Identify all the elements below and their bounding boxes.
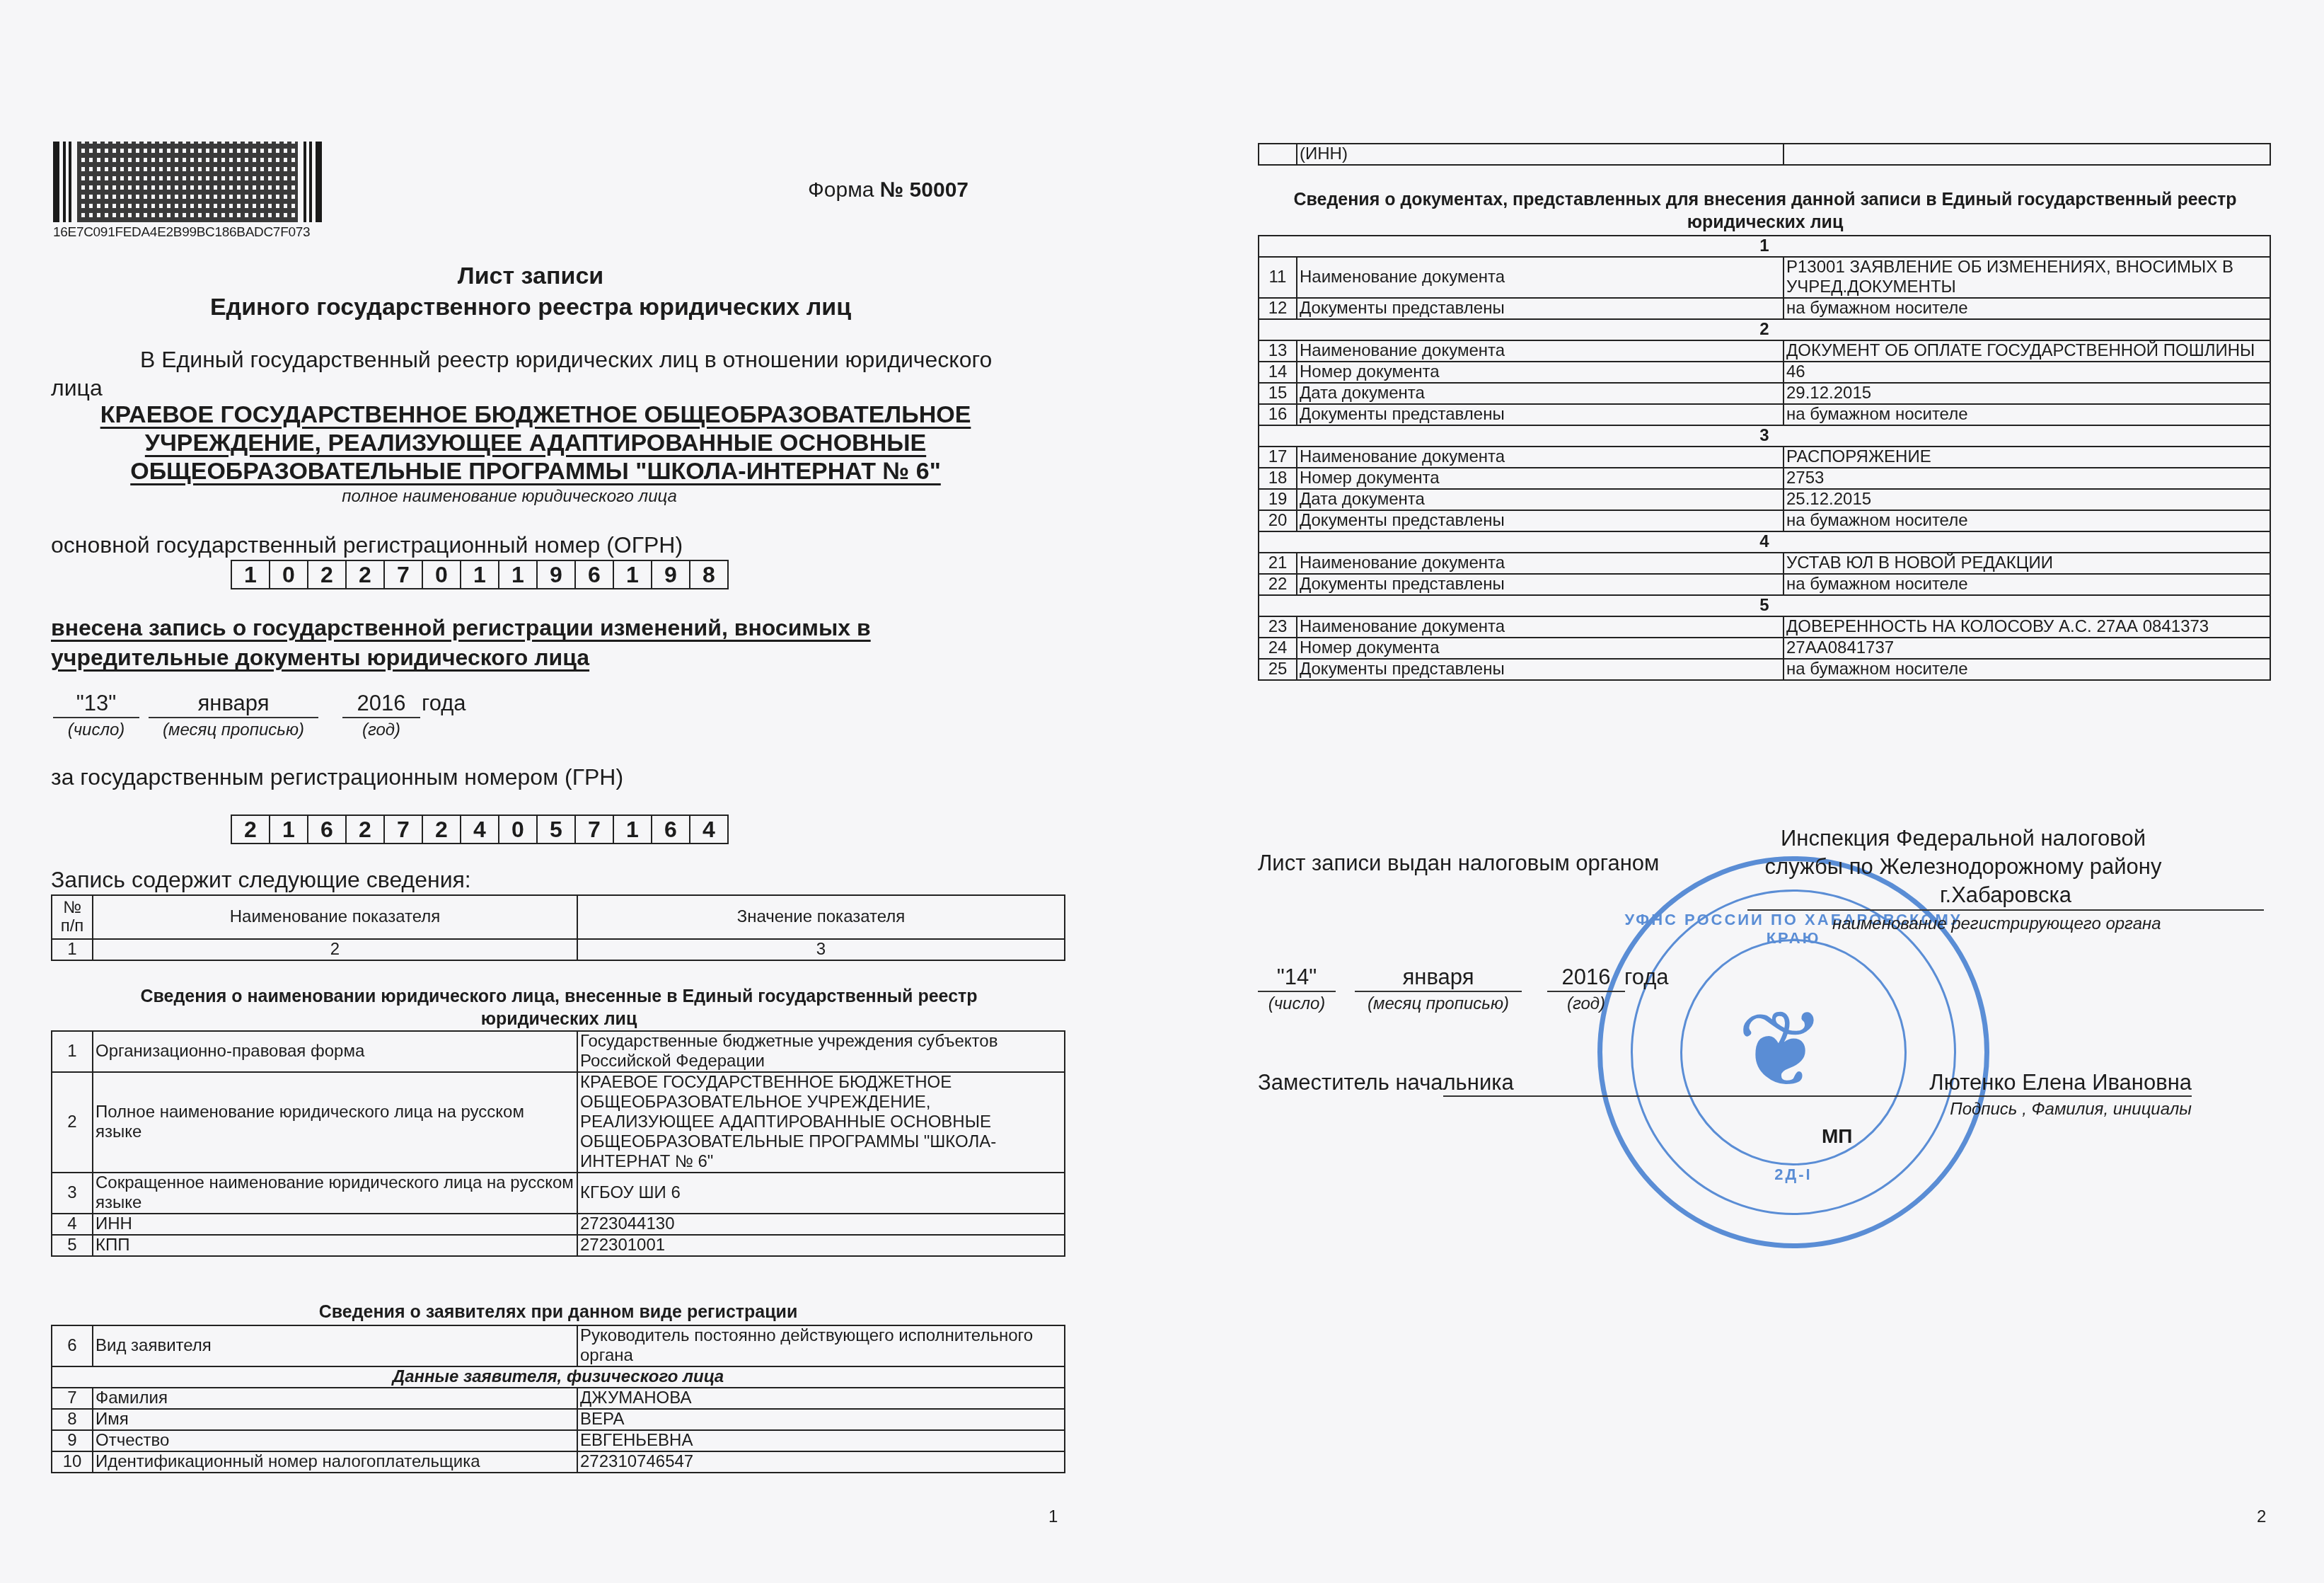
ogrn-label: основной государственный регистрационный… xyxy=(51,532,683,558)
ogrn-number: 1022701196198 xyxy=(231,560,729,589)
date-month-caption: (месяц прописью) xyxy=(149,720,318,740)
table-row: 24Номер документа27АА0841737 xyxy=(1259,638,2270,659)
signer-name: Лютенко Елена Ивановна xyxy=(1443,1070,2192,1097)
issue-date-day-caption: (число) xyxy=(1258,994,1336,1014)
table-row: 4ИНН2723044130 xyxy=(52,1214,1065,1235)
doc-group-header: 5 xyxy=(1259,595,2270,616)
table-row: 10Идентификационный номер налогоплательщ… xyxy=(52,1451,1065,1473)
record-type: внесена запись о государственной регистр… xyxy=(51,613,871,643)
intro-text-cont: лица xyxy=(51,375,103,401)
table-row: 9ОтчествоЕВГЕНЬЕВНА xyxy=(52,1430,1065,1451)
doc-group-header: 1 xyxy=(1259,236,2270,257)
date-day: "13" xyxy=(53,690,139,718)
date-month: января xyxy=(149,690,318,718)
grn-number: 2162724057164 xyxy=(231,814,729,844)
table-row: 11Наименование документаР13001 ЗАЯВЛЕНИЕ… xyxy=(1259,257,2270,298)
doc-subtitle: Единого государственного реестра юридиче… xyxy=(0,292,1061,323)
issue-date-day: "14" xyxy=(1258,964,1336,992)
docs-section-title: Сведения о документах, представленных дл… xyxy=(1273,188,2257,234)
table-row: 20Документы представленына бумажном носи… xyxy=(1259,510,2270,531)
page-number-2: 2 xyxy=(2257,1507,2266,1527)
issue-date-year-caption: (год) xyxy=(1547,994,1625,1014)
issued-by-label: Лист записи выдан налоговым органом xyxy=(1258,851,1659,876)
table-row: 17Наименование документаРАСПОРЯЖЕНИЕ xyxy=(1259,447,2270,468)
doc-title: Лист записи xyxy=(0,260,1061,292)
table-row: 1Организационно-правовая формаГосударств… xyxy=(52,1031,1065,1072)
doc-group-header: 2 xyxy=(1259,319,2270,340)
seal-label: МП xyxy=(1822,1125,1852,1148)
doc-group-header: 4 xyxy=(1259,531,2270,553)
form-number: Форма № 50007 xyxy=(808,178,969,202)
table-row: 6Вид заявителяРуководитель постоянно дей… xyxy=(52,1325,1065,1366)
table-subheader: Данные заявителя, физического лица xyxy=(52,1366,1065,1388)
date-year: 2016 xyxy=(342,690,420,718)
table-row: 16Документы представленына бумажном носи… xyxy=(1259,404,2270,425)
signer-caption: Подпись , Фамилия, инициалы xyxy=(1443,1100,2192,1119)
barcode xyxy=(53,142,322,222)
table-row: 8ИмяВЕРА xyxy=(52,1409,1065,1430)
issue-date-year-suffix: года xyxy=(1624,964,1669,991)
entity-name-caption: полное наименование юридического лица xyxy=(0,487,1019,507)
page-number-1: 1 xyxy=(1048,1507,1058,1527)
documents-table: 1 11Наименование документаР13001 ЗАЯВЛЕН… xyxy=(1258,235,2271,681)
form-label: Форма xyxy=(808,178,880,202)
table-row: 13Наименование документаДОКУМЕНТ ОБ ОПЛА… xyxy=(1259,340,2270,362)
table-row: 22Документы представленына бумажном носи… xyxy=(1259,574,2270,595)
issuing-authority: Инспекция Федеральной налоговой службы п… xyxy=(1698,824,2228,911)
applicant-table: 6Вид заявителяРуководитель постоянно дей… xyxy=(51,1325,1065,1473)
table-row: 12Документы представленына бумажном носи… xyxy=(1259,298,2270,319)
contains-label: Запись содержит следующие сведения: xyxy=(51,867,471,893)
table-row: 21Наименование документаУСТАВ ЮЛ В НОВОЙ… xyxy=(1259,553,2270,574)
inn-row-table: (ИНН) xyxy=(1258,143,2271,166)
intro-text: В Единый государственный реестр юридичес… xyxy=(140,347,992,373)
table-row: 7ФамилияДЖУМАНОВА xyxy=(52,1388,1065,1409)
entity-full-name: КРАЕВОЕ ГОСУДАРСТВЕННОЕ БЮДЖЕТНОЕ ОБЩЕОБ… xyxy=(51,401,1020,485)
table-row: (ИНН) xyxy=(1259,144,2270,165)
date-day-caption: (число) xyxy=(53,720,139,740)
barcode-text: 16E7C091FEDA4E2B99BC186BADC7F073 xyxy=(53,225,310,241)
date-year-suffix: года xyxy=(422,690,466,717)
table-row: 14Номер документа46 xyxy=(1259,362,2270,383)
table-row: 18Номер документа2753 xyxy=(1259,468,2270,489)
issue-date-month-caption: (месяц прописью) xyxy=(1355,994,1522,1014)
record-type-cont: учредительные документы юридического лиц… xyxy=(51,643,589,672)
table-row: 15Дата документа29.12.2015 xyxy=(1259,383,2270,404)
form-number-value: № 50007 xyxy=(880,178,969,202)
date-year-caption: (год) xyxy=(342,720,420,740)
issue-date-year: 2016 xyxy=(1547,964,1625,992)
table-row: 23Наименование документаДОВЕРЕННОСТЬ НА … xyxy=(1259,616,2270,638)
issue-date-month: января xyxy=(1355,964,1522,992)
section-name-title: Сведения о наименовании юридического лиц… xyxy=(92,985,1026,1030)
name-info-table: 1Организационно-правовая формаГосударств… xyxy=(51,1030,1065,1257)
table-row: 3Сокращенное наименование юридического л… xyxy=(52,1173,1065,1214)
section-applicant-title: Сведения о заявителях при данном виде ре… xyxy=(51,1301,1065,1323)
table-row: 25Документы представленына бумажном носи… xyxy=(1259,659,2270,680)
header-table: № п/п Наименование показателя Значение п… xyxy=(51,894,1065,961)
grn-label: за государственным регистрационным номер… xyxy=(51,764,623,790)
table-row: 5КПП272301001 xyxy=(52,1235,1065,1256)
doc-group-header: 3 xyxy=(1259,425,2270,447)
table-row: 19Дата документа25.12.2015 xyxy=(1259,489,2270,510)
table-row: 2Полное наименование юридического лица н… xyxy=(52,1072,1065,1173)
authority-caption: наименование регистрирующего органа xyxy=(1832,914,2161,934)
